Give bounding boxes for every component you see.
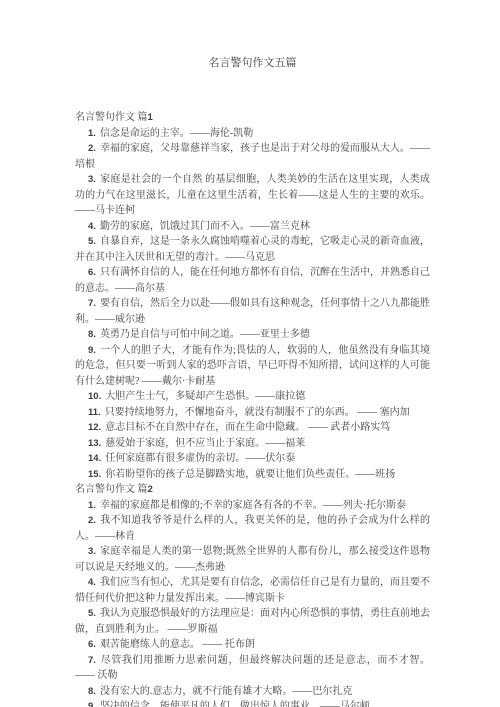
quote-text: 尽管我们用推断力思索问题，但最终解决问题的还是意志，而不才智。 —— 沃勒 xyxy=(75,655,430,682)
quote-item: 1.幸福的家庭都是相像的;不幸的家庭各有各的不幸。——列夫·托尔斯泰 xyxy=(75,498,430,514)
quote-number: 2. xyxy=(88,143,96,154)
quote-number: 8. xyxy=(88,329,96,340)
quote-number: 9. xyxy=(88,701,96,707)
quote-text: 家庭幸福是人类的第一恩物;既然全世界的人都有份儿，那么接受这件恩物可以说是天经地… xyxy=(75,546,430,573)
quote-number: 9. xyxy=(88,345,96,356)
quote-item: 9.坚决的信念，能使平凡的人们，做出惊人的事业。——马尔顿 xyxy=(75,699,430,707)
section-1-heading-number: 1 xyxy=(148,112,153,123)
quote-item: 2.幸福的家庭，父母靠慈祥当家，孩子也是出于对父母的爱而服从大人。——培根 xyxy=(75,141,430,172)
quote-number: 1. xyxy=(88,128,96,139)
document-title: 名言警句作文五篇 xyxy=(75,54,430,70)
quote-text: 英勇乃是自信与可怕中间之道。——亚里士多德 xyxy=(100,329,310,340)
quote-item: 12.意志目标不在自然中存在，而在生命中隐藏。 —— 武者小路实笃 xyxy=(75,420,430,436)
quote-text: 你若盼望你的孩子总是脚踏实地，就要让他们负些责任。——班扬 xyxy=(105,469,395,480)
quote-item: 5.我认为克服恐惧最好的方法理应是：面对内心所恐惧的事情，勇往直前地去做，直到胜… xyxy=(75,606,430,637)
section-2-heading-number: 2 xyxy=(148,484,153,495)
quote-text: 没有宏大的.意志力，就不行能有雄才大略。——巴尔扎克 xyxy=(100,686,353,697)
quote-item: 2.我不知道我爷爷是什么样的人，我更关怀的是，他的孙子会成为什么样的人。——林肯 xyxy=(75,513,430,544)
quote-number: 7. xyxy=(88,298,96,309)
quote-number: 6. xyxy=(88,639,96,650)
quote-text: 任何家庭都有很多虚伪的亲切。——伏尔泰 xyxy=(105,453,295,464)
quote-item: 11.只要持续地努力，不懈地奋斗，就没有制服不了的东西。 —— 塞内加 xyxy=(75,405,430,421)
section-2-heading-label: 名言警句作文 篇 xyxy=(75,484,148,495)
quote-item: 4.我们应当有恒心，尤其是要有自信念，必需信任自己是有力量的，而且要不惜任何代价… xyxy=(75,575,430,606)
document-page: 名言警句作文五篇 名言警句作文 篇1 1.信念是命运的主宰。——海伦-凯勒 2.… xyxy=(0,0,500,707)
quote-text: 坚决的信念，能使平凡的人们，做出惊人的事业。——马尔顿 xyxy=(100,701,370,707)
quote-number: 6. xyxy=(88,267,96,278)
quote-text: 一个人的胆子大，才能有作为;畏怯的人，软弱的人，他虽然没有身临其境的危急，但只要… xyxy=(75,345,430,387)
quote-item: 6.艰苦能磨练人的意志。 —— 托布朗 xyxy=(75,637,430,653)
quote-number: 4. xyxy=(88,221,96,232)
quote-number: 11. xyxy=(88,407,101,418)
quote-number: 5. xyxy=(88,608,96,619)
section-essay-2: 名言警句作文 篇2 1.幸福的家庭都是相像的;不幸的家庭各有各的不幸。——列夫·… xyxy=(75,482,430,707)
quote-item: 10.大胆产生士气，多疑却产生恐惧。——康拉德 xyxy=(75,389,430,405)
quote-text: 自暴自弃，这是一条永久腐蚀啃噬着心灵的毒蛇，它吸走心灵的新奇血液，并在其中注入厌… xyxy=(75,236,430,263)
quote-text: 大胆产生士气，多疑却产生恐惧。——康拉德 xyxy=(105,391,305,402)
quote-number: 10. xyxy=(88,391,101,402)
quote-number: 3. xyxy=(88,546,96,557)
quote-number: 8. xyxy=(88,686,96,697)
quote-text: 幸福的家庭都是相像的;不幸的家庭各有各的不幸。——列夫·托尔斯泰 xyxy=(100,500,406,511)
quote-number: 2. xyxy=(88,515,96,526)
quote-number: 3. xyxy=(88,174,96,185)
quote-item: 3.家庭幸福是人类的第一恩物;既然全世界的人都有份儿，那么接受这件恩物可以说是天… xyxy=(75,544,430,575)
section-1-heading: 名言警句作文 篇1 xyxy=(75,110,430,126)
quote-item: 8.英勇乃是自信与可怕中间之道。——亚里士多德 xyxy=(75,327,430,343)
quote-number: 13. xyxy=(88,438,101,449)
section-1-heading-label: 名言警句作文 篇 xyxy=(75,112,148,123)
quote-item: 13.慈爱始于家庭，但不应当止于家庭。——福莱 xyxy=(75,436,430,452)
quote-item: 15.你若盼望你的孩子总是脚踏实地，就要让他们负些责任。——班扬 xyxy=(75,467,430,483)
quote-number: 15. xyxy=(88,469,101,480)
quote-number: 4. xyxy=(88,577,96,588)
quote-item: 7.尽管我们用推断力思索问题，但最终解决问题的还是意志，而不才智。 —— 沃勒 xyxy=(75,653,430,684)
quote-text: 只有满怀自信的人，能在任何地方都怀有自信，沉醉在生活中，并熟悉自己的意志。——高… xyxy=(75,267,430,294)
quote-text: 意志目标不在自然中存在，而在生命中隐藏。 —— 武者小路实笃 xyxy=(105,422,390,433)
quote-item: 4.勤劳的家庭，饥饿过其门而不入。——富兰克林 xyxy=(75,219,430,235)
quote-text: 我不知道我爷爷是什么样的人，我更关怀的是，他的孙子会成为什么样的人。——林肯 xyxy=(75,515,430,542)
quote-item: 3.家庭是社会的一个自然 的基层细胞，人类美妙的生活在这里实现，人类成功的力气在… xyxy=(75,172,430,219)
quote-number: 14. xyxy=(88,453,101,464)
quote-text: 勤劳的家庭，饥饿过其门而不入。——富兰克林 xyxy=(100,221,310,232)
quote-text: 家庭是社会的一个自然 的基层细胞，人类美妙的生活在这里实现，人类成功的力气在这里… xyxy=(75,174,430,216)
quote-text: 我认为克服恐惧最好的方法理应是：面对内心所恐惧的事情，勇往直前地去做，直到胜利为… xyxy=(75,608,430,635)
section-essay-1: 名言警句作文 篇1 1.信念是命运的主宰。——海伦-凯勒 2.幸福的家庭，父母靠… xyxy=(75,110,430,482)
quote-text: 信念是命运的主宰。——海伦-凯勒 xyxy=(100,128,253,139)
quote-number: 5. xyxy=(88,236,96,247)
quote-number: 12. xyxy=(88,422,101,433)
quote-item: 5.自暴自弃，这是一条永久腐蚀啃噬着心灵的毒蛇，它吸走心灵的新奇血液，并在其中注… xyxy=(75,234,430,265)
quote-text: 要有自信，然后全力以赴——假如具有这种观念，任何事情十之八九都能胜利。——威尔逊 xyxy=(75,298,430,325)
quote-item: 6.只有满怀自信的人，能在任何地方都怀有自信，沉醉在生活中，并熟悉自己的意志。—… xyxy=(75,265,430,296)
quote-item: 9.一个人的胆子大，才能有作为;畏怯的人，软弱的人，他虽然没有身临其境的危急，但… xyxy=(75,343,430,390)
quote-number: 7. xyxy=(88,655,96,666)
section-2-heading: 名言警句作文 篇2 xyxy=(75,482,430,498)
quote-item: 1.信念是命运的主宰。——海伦-凯勒 xyxy=(75,126,430,142)
quote-text: 只要持续地努力，不懈地奋斗，就没有制服不了的东西。 —— 塞内加 xyxy=(105,407,410,418)
quote-text: 我们应当有恒心，尤其是要有自信念，必需信任自己是有力量的，而且要不惜任何代价把这… xyxy=(75,577,430,604)
quote-text: 艰苦能磨练人的意志。 —— 托布朗 xyxy=(100,639,255,650)
quote-item: 7.要有自信，然后全力以赴——假如具有这种观念，任何事情十之八九都能胜利。——威… xyxy=(75,296,430,327)
quote-text: 幸福的家庭，父母靠慈祥当家，孩子也是出于对父母的爱而服从大人。——培根 xyxy=(75,143,430,170)
quote-text: 慈爱始于家庭，但不应当止于家庭。——福莱 xyxy=(105,438,305,449)
quote-item: 8.没有宏大的.意志力，就不行能有雄才大略。——巴尔扎克 xyxy=(75,684,430,700)
quote-item: 14.任何家庭都有很多虚伪的亲切。——伏尔泰 xyxy=(75,451,430,467)
quote-number: 1. xyxy=(88,500,96,511)
